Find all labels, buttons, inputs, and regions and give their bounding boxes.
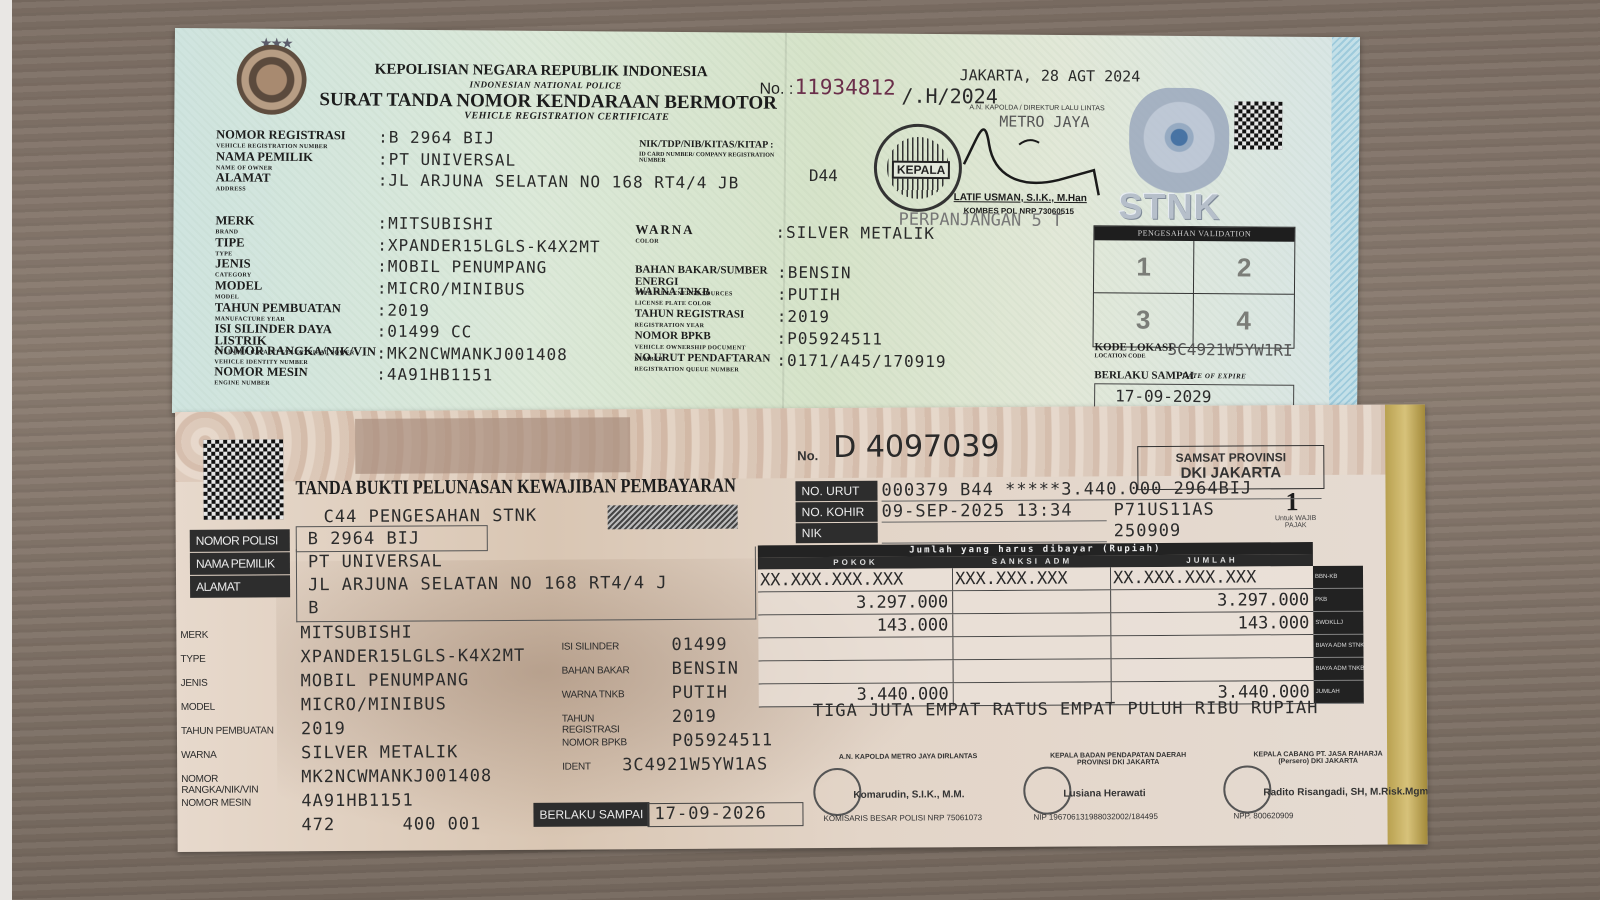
vehicle-label: NOMOR BPKB (562, 737, 652, 749)
vehicle-value: 2019 (301, 719, 346, 739)
vehicle-label: TAHUN PEMBUATAN (181, 725, 296, 737)
police-emblem-icon (236, 44, 307, 115)
vehicle-value: MICRO/MINIBUS (301, 694, 447, 715)
table-cell: 143.000 (1111, 612, 1313, 635)
signature-id: NIP 196706131988032002/184495 (1033, 812, 1157, 822)
field-value: :4A91HB1151 (376, 365, 493, 385)
field-label-en: REGISTRATION QUEUE NUMBER (634, 364, 774, 377)
table-cell (1111, 635, 1313, 658)
vehicle-value: P05924511 (672, 730, 773, 751)
field-value: :0171/A45/170919 (776, 351, 946, 371)
signature-block: KEPALA BADAN PENDAPATAN DAERAH PROVINSI … (1023, 746, 1203, 827)
samsat-line1: SAMSAT PROVINSI (1138, 450, 1323, 465)
field-value: :SILVER METALIK (775, 223, 935, 243)
receipt-subtitle: C44 PENGESAHAN STNK (324, 506, 538, 527)
vehicle-label: JENIS (181, 677, 296, 689)
security-strip (1329, 37, 1360, 422)
table-row: XX.XXX.XXX.XXXXXX.XXX.XXXXX.XXX.XXX.XXX (758, 566, 1313, 592)
table-cell: 3.297.000 (1111, 589, 1313, 612)
expiry-label-en: DATE OF EXPIRE (1182, 372, 1246, 381)
vehicle-value: MITSUBISHI (300, 623, 412, 644)
vehicle-label: WARNA (181, 749, 296, 761)
table-cell: 143.000 (758, 614, 953, 637)
table-cell (953, 590, 1111, 613)
vehicle-value: 3C4921W5YW1AS (622, 754, 768, 775)
meta-value: 09-SEP-2025 13:34 (882, 500, 1107, 522)
field-value: :B 2964 BIJ (378, 128, 495, 148)
field-value: :PUTIH (777, 285, 841, 305)
stnk-logo: STNK (1118, 185, 1220, 228)
field-value: :2019 (777, 307, 830, 326)
table-cell: 3.297.000 (758, 591, 953, 614)
signature-id: NPP. 800620909 (1233, 811, 1293, 820)
vehicle-label: TAHUN REGISTRASI (562, 713, 652, 736)
receipt-expiry: 17-09-2026 (647, 802, 803, 827)
doc-title-en: VEHICLE REGISTRATION CERTIFICATE (464, 110, 669, 123)
district-code: D44 (809, 166, 838, 185)
vehicle-value: 4A91HB1151 (301, 791, 413, 812)
row-tag: SWDKLLJ (1313, 612, 1363, 635)
vehicle-label: ISI SILINDER (561, 641, 651, 653)
issuing-office-small: A.N. KAPOLDA / DIREKTUR LALU LINTAS (969, 104, 1109, 112)
table-cell (1112, 658, 1314, 681)
copy-label: Untuk WAJIB PAJAK (1266, 515, 1326, 529)
issuer-en: INDONESIAN NATIONAL POLICE (470, 79, 622, 90)
amount-in-words: TIGA JUTA EMPAT RATUS EMPAT PULUH RIBU R… (813, 697, 1343, 722)
nik-label-en: ID CARD NUMBER/ COMPANY REGISTRATION NUM… (639, 152, 789, 165)
field-label: NO URUT PENDAFTARANREGISTRATION QUEUE NU… (634, 352, 774, 377)
meta-value: 000379 B44 *****3.440.000 2964BIJ (881, 478, 1321, 502)
signature-name: Lusiana Herawati (1063, 788, 1145, 800)
owner-label: NOMOR POLISI (190, 529, 290, 552)
table-row (758, 635, 1313, 661)
address-box (296, 546, 756, 622)
table-row: 143.000143.000 (758, 612, 1313, 638)
field-value: :XPANDER15LGLS-K4X2MT (377, 236, 600, 257)
signature-name: Komarudin, S.I.K., M.M. (853, 789, 964, 801)
row-tags: BBN-KBPKBSWDKLLJBIAYA ADM STNKBIAYA ADM … (1313, 566, 1364, 704)
bottom-code: 472 400 001 (301, 814, 481, 835)
validation-cell: 2 (1194, 241, 1294, 295)
field-label: ALAMATADDRESS (216, 171, 381, 196)
field-label: WARNACOLOR (635, 224, 775, 249)
vehicle-label: WARNA TNKB (562, 689, 652, 701)
signature-name: Radito Risangadi, SH, M.Risk.Mgmt (1263, 786, 1427, 798)
vehicle-label: MODEL (181, 701, 296, 713)
vehicle-label: NOMOR RANGKA/NIK/VIN (181, 773, 296, 796)
field-value: :P05924511 (777, 329, 883, 349)
signature-title: KEPALA CABANG PT. JASA RAHARJA (Persero)… (1243, 751, 1393, 766)
table-column-header: SANKSI ADM (953, 555, 1111, 568)
receipt-title: TANDA BUKTI PELUNASAN KEWAJIBAN PEMBAYAR… (295, 475, 736, 501)
field-label: NOMOR MESINENGINE NUMBER (214, 365, 379, 390)
field-label-en: COLOR (635, 236, 775, 249)
expiry-label: BERLAKU SAMPAI (1094, 369, 1194, 382)
field-label-en: ENGINE NUMBER (214, 377, 379, 390)
nik-label: NIK/TDP/NIB/KITAS/KITAP : (639, 139, 773, 151)
location-code-label-en: LOCATION CODE (1094, 353, 1145, 359)
meta-label: NO. KOHIR (796, 502, 878, 523)
signature-area: A.N. KAPOLDA METRO JAYA DIRLANTASKomarud… (813, 745, 1373, 828)
validation-box: PENGESAHAN VALIDATION 1 2 3 4 (1093, 225, 1296, 349)
qr-code-icon (203, 439, 283, 519)
decorative-block (355, 417, 630, 474)
validation-cell: 1 (1094, 240, 1194, 294)
table-row: 3.297.0003.297.000 (758, 589, 1313, 615)
field-value: :PT UNIVERSAL (378, 150, 516, 170)
left-fields: NOMOR REGISTRASIVEHICLE REGISTRATION NUM… (216, 128, 776, 132)
table-cell: XX.XXX.XXX.XXX (1111, 566, 1313, 589)
vehicle-label: NOMOR MESIN (181, 797, 296, 809)
field-value: :JL ARJUNA SELATAN NO 168 RT4/4 JB (378, 171, 740, 193)
row-tag: PKB (1313, 589, 1363, 612)
vehicle-value: MK2NCWMANKJ001408 (301, 766, 492, 787)
meta-extra: P71US11AS (1114, 500, 1215, 521)
row-tag: BIAYA ADM STNK (1313, 635, 1363, 658)
table-row (759, 658, 1314, 684)
signature-block: A.N. KAPOLDA METRO JAYA DIRLANTASKomarud… (813, 747, 993, 828)
meta-value (882, 521, 1107, 543)
vehicle-value: PUTIH (672, 683, 728, 703)
payment-table: Jumlah yang harus dibayar (Rupiah) POKOK… (758, 542, 1314, 707)
vehicle-value: XPANDER15LGLS-K4X2MT (300, 646, 525, 667)
location-code-label: KODE LOKASI (1094, 341, 1172, 354)
signature-title: A.N. KAPOLDA METRO JAYA DIRLANTAS (833, 753, 983, 761)
receipt-number: D 4097039 (833, 429, 999, 465)
owner-label: ALAMAT (190, 575, 290, 598)
tax-receipt: TANDA BUKTI PELUNASAN KEWAJIBAN PEMBAYAR… (175, 404, 1428, 852)
location-code: 3C4921W5YW1RI (1167, 340, 1292, 360)
signature-id: KOMISARIS BESAR POLISI NRP 75061073 (823, 813, 982, 823)
expiry-date: 17-09-2029 (1115, 386, 1211, 406)
vehicle-value: BENSIN (672, 659, 740, 679)
meta-extra: 250909 (1114, 521, 1182, 541)
signature-block: KEPALA CABANG PT. JASA RAHARJA (Persero)… (1223, 745, 1403, 826)
field-value: :MITSUBISHI (377, 214, 494, 234)
meta-label: NO. URUT (795, 481, 877, 502)
signatory: LATIF USMAN, S.I.K., M.Han (954, 192, 1087, 204)
doc-no-label: No. : (759, 81, 793, 99)
table-cell (758, 637, 953, 660)
place-date: JAKARTA, 28 AGT 2024 (960, 66, 1141, 85)
table-cell: XXX.XXX.XXX (953, 567, 1111, 590)
vehicle-value: MOBIL PENUMPANG (301, 670, 470, 691)
field-value: :MOBIL PENUMPANG (377, 257, 547, 277)
stamp-label: KEPALA (892, 161, 951, 179)
issuer: KEPOLISIAN NEGARA REPUBLIK INDONESIA (375, 62, 708, 82)
barcode-pattern (608, 505, 738, 530)
validation-header: PENGESAHAN VALIDATION (1094, 226, 1294, 242)
owner-label: NAMA PEMILIK (190, 552, 290, 575)
field-label-en: ADDRESS (216, 183, 381, 196)
receipt-expiry-label: BERLAKU SAMPAI (533, 802, 649, 827)
vehicle-value: SILVER METALIK (301, 742, 458, 763)
stnk-certificate: ★★★ KEPOLISIAN NEGARA REPUBLIK INDONESIA… (172, 28, 1360, 422)
vehicle-value: 2019 (672, 707, 717, 727)
vehicle-label: MERK (180, 629, 295, 641)
field-value: :01499 CC (377, 322, 473, 342)
field-value: :2019 (377, 301, 430, 320)
field-value: :BENSIN (777, 263, 852, 283)
table-cell (953, 636, 1111, 659)
background-edge (0, 0, 12, 900)
table-cell: XX.XXX.XXX.XXX (758, 568, 953, 591)
row-tag: BBN-KB (1313, 566, 1363, 589)
table-cell (953, 613, 1111, 636)
doc-number: 11934812 (794, 75, 895, 100)
qr-code-icon (1234, 101, 1282, 149)
table-cell (954, 659, 1112, 682)
vehicle-label: BAHAN BAKAR (562, 665, 652, 677)
hologram-icon (1129, 87, 1230, 198)
row-tag: BIAYA ADM TNKB (1314, 658, 1364, 681)
meta-label: NIK (796, 523, 878, 544)
signature-title: KEPALA BADAN PENDAPATAN DAERAH PROVINSI … (1043, 752, 1193, 767)
vehicle-value: 01499 (671, 635, 727, 655)
receipt-no-label: No. (797, 448, 818, 463)
table-cell (759, 660, 954, 683)
vehicle-label: TYPE (180, 653, 295, 665)
field-value: :MICRO/MINIBUS (377, 279, 526, 299)
field-value: :MK2NCWMANKJ001408 (376, 344, 568, 365)
